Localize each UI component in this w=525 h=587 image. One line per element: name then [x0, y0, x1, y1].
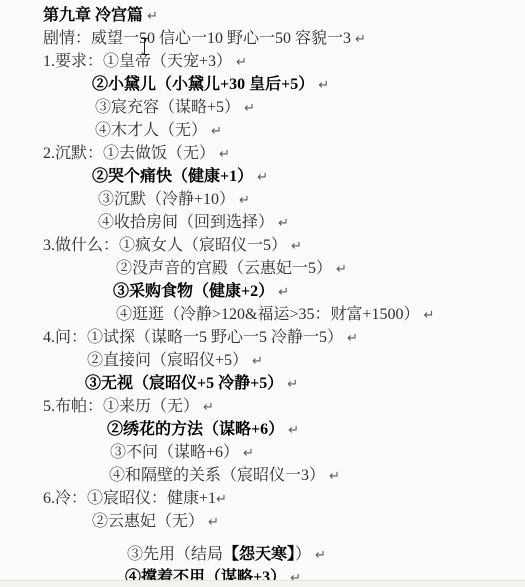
text-segment: 4.问：①试探（谋略一5 野心一5 冷静一5）	[43, 329, 343, 346]
paragraph-mark-icon: ↵	[208, 515, 219, 530]
paragraph-mark-icon: ↵	[288, 423, 299, 438]
document-text-area[interactable]: 第九章 冷宫篇↵剧情：威望一50 信心一10 野心一50 容貌一3↵1.要求：①…	[0, 4, 525, 587]
doc-line: ②哭个痛快（健康+1）↵	[92, 165, 525, 188]
doc-line: ②没声音的宫殿（云惠妃一5）↵	[116, 257, 525, 280]
paragraph-mark-icon: ↵	[257, 170, 268, 185]
paragraph-mark-icon: ↵	[278, 285, 289, 300]
doc-line: 6.冷：①宸昭仪：健康+1↵	[43, 487, 525, 510]
doc-line: 1.要求：①皇帝（天宠+3）↵	[43, 50, 525, 73]
text-segment: ③无视（宸昭仪+5 冷静+5）	[85, 375, 283, 392]
doc-line: 3.做什么：①疯女人（宸昭仪一5）↵	[43, 234, 525, 257]
paragraph-mark-icon: ↵	[347, 331, 358, 346]
paragraph-mark-icon: ↵	[219, 147, 230, 162]
text-segment: 【怨天寒】	[223, 546, 295, 563]
text-segment: ③不问（谋略+6）	[110, 444, 239, 461]
text-segment: ②云惠妃（无）	[92, 513, 204, 530]
text-segment: 第九章 冷宫篇	[43, 7, 143, 24]
paragraph-mark-icon: ↵	[216, 492, 227, 507]
doc-line: ②直接问（宸昭仪+5）↵	[87, 349, 525, 372]
doc-line: ④木才人（无）↵	[95, 119, 525, 142]
text-segment: ②哭个痛快（健康+1）	[92, 168, 253, 185]
text-segment: 6.冷：①宸昭仪：健康+1	[43, 490, 216, 507]
text-segment: ②直接问（宸昭仪+5）	[87, 352, 248, 369]
doc-line: 剧情：威望一50 信心一10 野心一50 容貌一3↵	[43, 27, 525, 50]
page-bottom-edge	[0, 580, 525, 587]
paragraph-mark-icon: ↵	[211, 124, 222, 139]
doc-line: ②绣花的方法（谋略+6）↵	[107, 418, 525, 441]
text-segment: ④逛逛（冷静>120&福运>35：财富+1500）	[116, 306, 420, 323]
doc-line: ③沉默（冷静+10）↵	[98, 188, 525, 211]
doc-line: ③无视（宸昭仪+5 冷静+5）↵	[85, 372, 525, 395]
paragraph-mark-icon: ↵	[236, 55, 247, 70]
text-segment: ③先用（结局	[127, 546, 223, 563]
doc-line: 2.沉默：①去做饭（无）↵	[43, 142, 525, 165]
text-segment: ）	[295, 546, 311, 563]
doc-line: 4.问：①试探（谋略一5 野心一5 冷静一5）↵	[43, 326, 525, 349]
doc-line: ②小黛儿（小黛儿+30 皇后+5）↵	[92, 73, 525, 96]
text-segment: ②绣花的方法（谋略+6）	[107, 421, 284, 438]
doc-line: ②云惠妃（无）↵	[92, 510, 525, 533]
paragraph-mark-icon: ↵	[203, 400, 214, 415]
doc-line: ④收拾房间（回到选择）↵	[98, 211, 525, 234]
paragraph-mark-icon: ↵	[243, 446, 254, 461]
paragraph-mark-icon: ↵	[278, 216, 289, 231]
paragraph-mark-icon: ↵	[315, 548, 326, 563]
doc-line: ③不问（谋略+6）↵	[110, 441, 525, 464]
paragraph-mark-icon: ↵	[287, 377, 298, 392]
doc-line: ③采购食物（健康+2）↵	[113, 280, 525, 303]
text-segment: 2.沉默：①去做饭（无）	[43, 145, 215, 162]
text-segment: ②没声音的宫殿（云惠妃一5）	[116, 260, 332, 277]
paragraph-mark-icon: ↵	[252, 354, 263, 369]
ibeam-cursor	[140, 38, 149, 55]
paragraph-mark-icon: ↵	[355, 32, 366, 47]
paragraph-mark-icon: ↵	[424, 308, 435, 323]
text-segment: ④木才人（无）	[95, 122, 207, 139]
doc-line: ④和隔壁的关系（宸昭仪一3）↵	[109, 464, 525, 487]
paragraph-mark-icon: ↵	[147, 9, 158, 24]
paragraph-mark-icon: ↵	[291, 239, 302, 254]
text-segment: ③沉默（冷静+10）	[98, 191, 235, 208]
text-segment: ④收拾房间（回到选择）	[98, 214, 274, 231]
text-segment: ③采购食物（健康+2）	[113, 283, 274, 300]
text-segment: 剧情：威望一50 信心一10 野心一50 容貌一3	[43, 30, 351, 47]
text-segment: 3.做什么：①疯女人（宸昭仪一5）	[43, 237, 287, 254]
text-segment: ④和隔壁的关系（宸昭仪一3）	[109, 467, 325, 484]
text-segment: ③宸充容（谋略+5）	[95, 99, 240, 116]
paragraph-mark-icon: ↵	[336, 262, 347, 277]
doc-line: ③宸充容（谋略+5）↵	[95, 96, 525, 119]
doc-line: 5.布帕：①来历（无）↵	[43, 395, 525, 418]
doc-line: ③先用（结局【怨天寒】）↵	[127, 543, 525, 566]
text-segment: 5.布帕：①来历（无）	[43, 398, 199, 415]
paragraph-mark-icon: ↵	[318, 78, 329, 93]
blank-line	[0, 533, 525, 543]
paragraph-mark-icon: ↵	[244, 101, 255, 116]
paragraph-mark-icon: ↵	[329, 469, 340, 484]
text-segment: ②小黛儿（小黛儿+30 皇后+5）	[92, 76, 314, 93]
text-segment: 1.要求：①皇帝（天宠+3）	[43, 53, 232, 70]
doc-title-line: 第九章 冷宫篇↵	[43, 4, 525, 27]
paragraph-mark-icon: ↵	[239, 193, 250, 208]
doc-line: ④逛逛（冷静>120&福运>35：财富+1500）↵	[116, 303, 525, 326]
